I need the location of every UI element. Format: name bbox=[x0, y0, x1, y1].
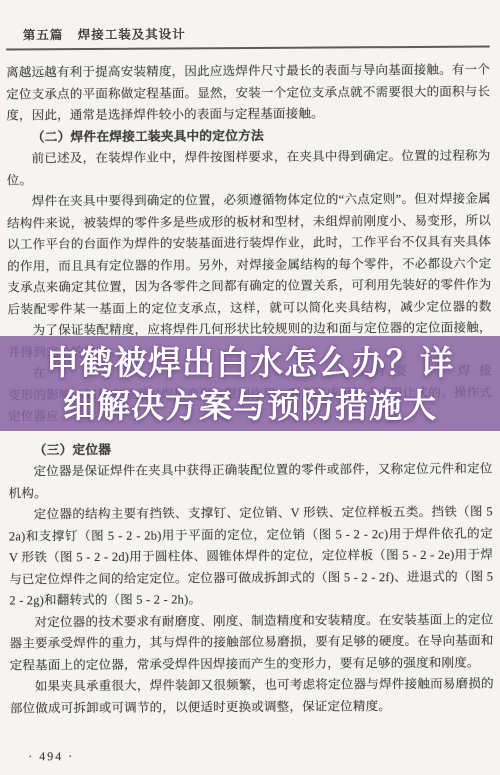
text-line: V 形铁（图 5 - 2 - 2d)用于圆柱体、圆锥体焊件的定位，定位样板（图 … bbox=[9, 545, 493, 569]
text-line: 定位器的结构主要有挡铁、支撑钉、定位销、V 形铁、定位样板五类。挡铁（图 5 -… bbox=[9, 502, 493, 526]
text-line: 器主要承受焊件的重力，其与焊件的接触部位易磨损，要有足够的硬度。在导向基面和 bbox=[9, 631, 493, 655]
header-rule bbox=[6, 46, 490, 51]
text-line: 定位器是保证焊件在夹具中获得正确装配位置的零件或部件，又称定位元件和定位 bbox=[8, 459, 492, 483]
running-header: 第五篇焊接工装及其设计 bbox=[6, 23, 490, 44]
text-line: 支承点来确定其位置，因为各零件之间都有确定的位置关系，可利用先装好的零件作为 bbox=[7, 275, 491, 299]
part-label: 第五篇 bbox=[23, 28, 64, 42]
text-line: 部位做成可拆卸或可调节的，以便适时更换或调整，保证定位精度。 bbox=[10, 695, 494, 719]
chapter-title: 焊接工装及其设计 bbox=[78, 27, 186, 42]
text-line: 度，因此，通常是选择焊件较小的表面与定程基面接触。 bbox=[6, 103, 490, 127]
text-line: 离越远越有利于提高安装精度，因此应选焊件尺寸最长的表面与导向基面接触。有一个 bbox=[6, 60, 490, 84]
scanned-book-page: 第五篇焊接工装及其设计 离越远越有利于提高安装精度，因此应选焊件尺寸最长的表面与… bbox=[0, 0, 500, 775]
text-line: 后装配零件某一基面上的定位支承点，这样，就可以简化夹具结构，减少定位器的数量。 bbox=[7, 296, 491, 320]
text-line: 2 - 2g)和翻转式的（图 5 - 2 - 2h)。 bbox=[9, 588, 493, 612]
text-line: 定位支承点的平面称做定程基面。显然，安装一个定位支承点就不需要很大的面积与长 bbox=[6, 81, 490, 105]
text-line: 结构件来说，被装焊的零件多是些成形的板材和型材，未组焊前刚度小、易变形，所以常 bbox=[7, 210, 491, 234]
section-heading: （三）定位器 bbox=[8, 437, 492, 461]
page-number: · 494 · bbox=[28, 749, 74, 764]
promo-overlay-banner[interactable]: 申鹤被焊出白水怎么办？详 细解决方案与预防措施大 bbox=[0, 336, 500, 431]
text-line: 机构。 bbox=[9, 480, 493, 504]
text-line: 与已定位焊件之间的给定定位。定位器可做成拆卸式的（图 5 - 2 - 2f)、进… bbox=[9, 566, 493, 590]
text-line: 位。 bbox=[7, 167, 491, 191]
text-line: 前已述及，在装焊作业中，焊件按图样要求，在夹具中得到确定。位置的过程称为定 bbox=[7, 146, 491, 170]
text-line: 2a)和支撑钉（图 5 - 2 - 2b)用于平面的定位，定位销（图 5 - 2… bbox=[9, 523, 493, 547]
text-line: 以工作平台的台面作为焊件的安装基面进行装焊作业，此时，工作平台不仅具有夹具体 bbox=[7, 232, 491, 256]
text-line: 定程基面上的定位器，常承受焊件因焊接而产生的变形力，要有足够的强度和刚度。 bbox=[10, 652, 494, 676]
overlay-text-line-2: 细解决方案与预防措施大 bbox=[63, 384, 437, 427]
text-line: 如果夹具承重很大，焊件装卸又很频繁，也可考虑将定位器与焊件接触而易磨损的 bbox=[10, 674, 494, 698]
section-heading: （二）焊件在焊接工装夹具中的定位方法 bbox=[6, 124, 490, 148]
text-line: 的作用，而且具有定位器的作用。另外，对焊接金属结构的每个零件，不必都设六个定位 bbox=[7, 253, 491, 277]
text-line: 对定位器的技术要求有耐磨度、刚度、制造精度和安装精度。在安装基面上的定位 bbox=[9, 609, 493, 633]
overlay-text-line-1: 申鹤被焊出白水怎么办？详 bbox=[46, 341, 454, 384]
text-line: 焊件在夹具中要得到确定的位置，必须遵循物体定位的“六点定则”。但对焊接金属 bbox=[7, 189, 491, 213]
